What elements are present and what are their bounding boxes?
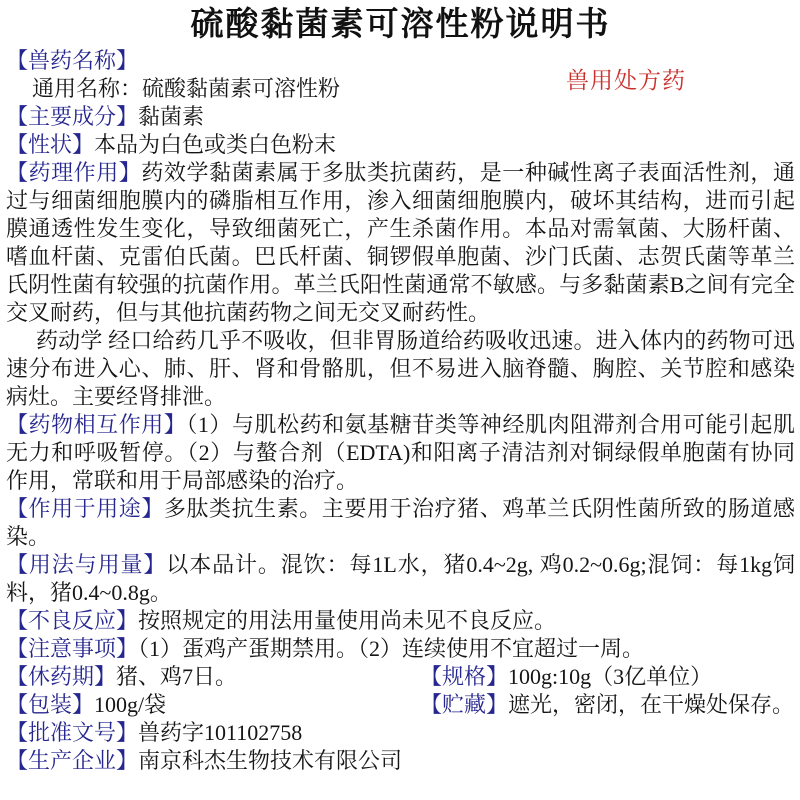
properties-label: 【性状】: [6, 132, 94, 157]
section-specification: 【规格】100g:10g（3亿单位）: [420, 663, 795, 691]
section-properties: 【性状】本品为白色或类白色粉末: [6, 131, 795, 159]
indications-label: 【作用于用途】: [6, 496, 164, 521]
section-adverse-reactions: 【不良反应】按照规定的用法用量使用尚未见不良反应。: [6, 607, 795, 635]
section-interactions: 【药物相互作用】（1）与肌松药和氨基糖苷类等神经肌肉阻滞剂合用可能引起肌无力和呼…: [6, 411, 795, 495]
row-packaging-storage: 【包装】100g/袋 【贮藏】遮光，密闭，在干燥处保存。: [6, 691, 795, 719]
precautions-label: 【注意事项】: [6, 636, 138, 661]
section-withdrawal-period: 【休药期】猪、鸡7日。: [6, 663, 420, 691]
section-approval-number: 【批准文号】兽药字101102758: [6, 719, 795, 747]
adverse-reactions-label: 【不良反应】: [6, 608, 138, 633]
specification-label: 【规格】: [420, 664, 508, 689]
manufacturer-text: 南京科杰生物技术有限公司: [138, 748, 402, 773]
withdrawal-period-text: 猪、鸡7日。: [116, 664, 237, 689]
section-manufacturer: 【生产企业】南京科杰生物技术有限公司: [6, 747, 795, 775]
rx-category-label: 兽用处方药: [566, 62, 686, 95]
drug-name-label: 【兽药名称】: [6, 48, 138, 73]
section-main-ingredient: 【主要成分】黏菌素: [6, 103, 795, 131]
section-dosage: 【用法与用量】以本品计。混饮：每1L水，猪0.4~2g, 鸡0.2~0.6g;混…: [6, 551, 795, 607]
packaging-label: 【包装】: [6, 692, 94, 717]
pharmacology-label: 【药理作用】: [6, 160, 141, 185]
adverse-reactions-text: 按照规定的用法用量使用尚未见不良反应。: [138, 608, 556, 633]
row-withdrawal-specification: 【休药期】猪、鸡7日。 【规格】100g:10g（3亿单位）: [6, 663, 795, 691]
drug-leaflet-page: 硫酸黏菌素可溶性粉说明书 兽用处方药 【兽药名称】 通用名称：硫酸黏菌素可溶性粉…: [0, 5, 800, 800]
precautions-text: （1）蛋鸡产蛋期禁用。（2）连续使用不宜超过一周。: [138, 636, 644, 661]
main-ingredient-text: 黏菌素: [138, 104, 204, 129]
section-pharmacology: 【药理作用】药效学黏菌素属于多肽类抗菌药，是一种碱性离子表面活性剂，通过与细菌细…: [6, 159, 795, 327]
manufacturer-label: 【生产企业】: [6, 748, 138, 773]
storage-text: 遮光，密闭，在干燥处保存。: [508, 692, 794, 717]
section-indications: 【作用于用途】多肽类抗生素。主要用于治疗猪、鸡革兰氏阴性菌所致的肠道感染。: [6, 495, 795, 551]
specification-text: 100g:10g（3亿单位）: [508, 664, 712, 689]
interactions-label: 【药物相互作用】: [6, 412, 186, 437]
pharmacokinetics-paragraph: 药动学 经口给药几乎不吸收，但非胃肠道给药吸收迅速。进入体内的药物可迅速分布进入…: [6, 327, 795, 411]
section-storage: 【贮藏】遮光，密闭，在干燥处保存。: [420, 691, 795, 719]
withdrawal-period-label: 【休药期】: [6, 664, 116, 689]
storage-label: 【贮藏】: [420, 692, 508, 717]
main-ingredient-label: 【主要成分】: [6, 104, 138, 129]
dosage-label: 【用法与用量】: [6, 552, 166, 577]
properties-text: 本品为白色或类白色粉末: [94, 132, 336, 157]
approval-number-text: 兽药字101102758: [138, 720, 302, 745]
packaging-text: 100g/袋: [94, 692, 166, 717]
section-precautions: 【注意事项】（1）蛋鸡产蛋期禁用。（2）连续使用不宜超过一周。: [6, 635, 795, 663]
page-title: 硫酸黏菌素可溶性粉说明书: [6, 5, 795, 45]
section-packaging: 【包装】100g/袋: [6, 691, 420, 719]
approval-number-label: 【批准文号】: [6, 720, 138, 745]
